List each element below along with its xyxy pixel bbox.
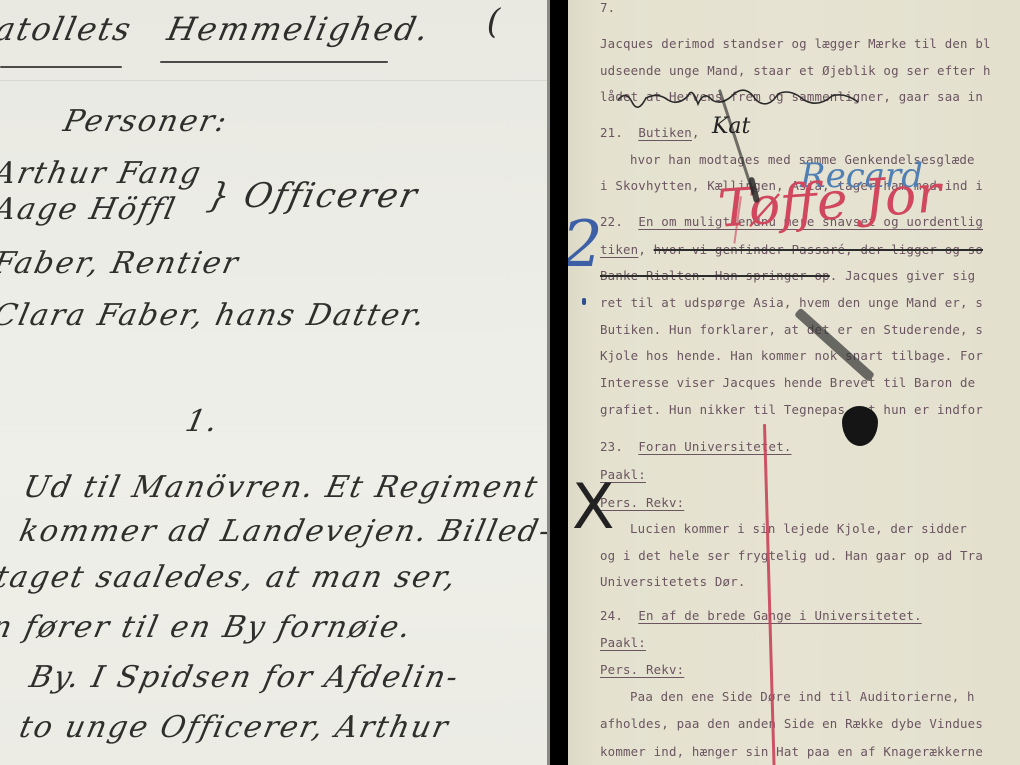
line-tail: . Jacques giver sig (830, 268, 976, 283)
margin-number-annotation: 2 (568, 208, 603, 282)
margin-dot (582, 298, 586, 305)
scene-title: Butiken (638, 125, 692, 140)
script-line: afholdes, paa den anden Side en Række dy… (600, 716, 983, 731)
scene-number: 1. (182, 404, 222, 439)
ink-streak (794, 308, 875, 382)
paakl-label: Paakl: (600, 635, 646, 650)
manuscript-line: Ud til Manövren. Et Regiment (20, 470, 542, 505)
scene-number: 22. (600, 214, 623, 229)
scene-number: 23. (600, 439, 623, 454)
script-line: tiken, hvor vi genfinder Passaré, der li… (600, 242, 983, 257)
manuscript-line: to unge Officerer, Arthur (16, 710, 452, 745)
script-line: Butiken. Hun forklarer, at det er en Stu… (600, 322, 983, 337)
manuscript-line: kommer ad Landevejen. Billed- (16, 514, 550, 549)
label-text: Pers. Rekv: (600, 662, 684, 677)
script-line: grafiet. Hun nikker til Tegnepas, at hun… (600, 402, 983, 417)
cast-item: Arthur Fang (0, 156, 206, 191)
title-word-2: Hemmelighed. (164, 10, 434, 48)
cast-item: Clara Faber, hans Datter. (0, 298, 430, 333)
manuscript-line: taget saaledes, at man ser, (0, 560, 461, 595)
scene-21-heading: 21. Butiken, (600, 125, 700, 140)
cast-group-label: } Officerer (204, 176, 423, 216)
scene-number: 21. (600, 125, 623, 140)
pers-rekv-label: Pers. Rekv: (600, 662, 684, 677)
script-line: Universitetets Dør. (600, 574, 746, 589)
title-word-1: atollets (0, 10, 136, 48)
label-text: Paakl: (600, 635, 646, 650)
red-pencil-line (763, 424, 776, 765)
script-line: Paa den ene Side Døre ind til Auditorier… (630, 689, 975, 704)
manuscript-line: n fører til en By fornøie. (0, 610, 415, 645)
manuscript-line: By. I Spidsen for Afdelin- (26, 660, 462, 695)
script-line: Jacques derimod standser og lægger Mærke… (600, 36, 991, 51)
title-underline-1 (0, 66, 122, 68)
ink-blot (842, 406, 878, 446)
handwritten-manuscript-page: atollets Hemmelighed. ( Personer: Arthur… (0, 0, 550, 765)
scribble-strike-icon (618, 86, 878, 114)
script-line: Kjole hos hende. Han kommer nok snart ti… (600, 348, 983, 363)
title-underline-2 (160, 61, 388, 63)
scene-number: 24. (600, 608, 623, 623)
cast-item: Aage Höffl (0, 192, 180, 227)
scene-24-heading: 24. En af de brede Gange i Universitetet… (600, 608, 922, 623)
typewritten-script-page: 7. Jacques derimod standser og lægger Mæ… (568, 0, 1020, 765)
script-line: ret til at udspørge Asia, hvem den unge … (600, 295, 983, 310)
margin-x-mark: X (572, 470, 614, 543)
underlined-word: tiken (600, 242, 638, 257)
personer-heading: Personer: (60, 104, 231, 139)
corner-mark: ( (483, 2, 507, 42)
script-line: udseende unge Mand, staar et Øjeblik og … (600, 63, 991, 78)
struck-text: Banke Rialten. Han springer op (600, 268, 830, 283)
script-line: Banke Rialten. Han springer op. Jacques … (600, 268, 975, 283)
script-line: kommer ind, hænger sin Hat paa en af Kna… (600, 744, 983, 759)
paper-fold-line (0, 80, 547, 81)
page-number: 7. (600, 0, 615, 15)
script-line: Lucien kommer i sin lejede Kjole, der si… (630, 521, 967, 536)
scene-title: Foran Universitetet. (638, 439, 791, 454)
scene-title: En af de brede Gange i Universitetet. (638, 608, 921, 623)
script-line: Interesse viser Jacques hende Brevet til… (600, 375, 975, 390)
struck-text: hvor vi genfinder Passaré, der ligger og… (654, 242, 983, 257)
cast-item: Faber, Rentier (0, 246, 243, 281)
script-line: og i det hele ser frygtelig ud. Han gaar… (600, 548, 983, 563)
